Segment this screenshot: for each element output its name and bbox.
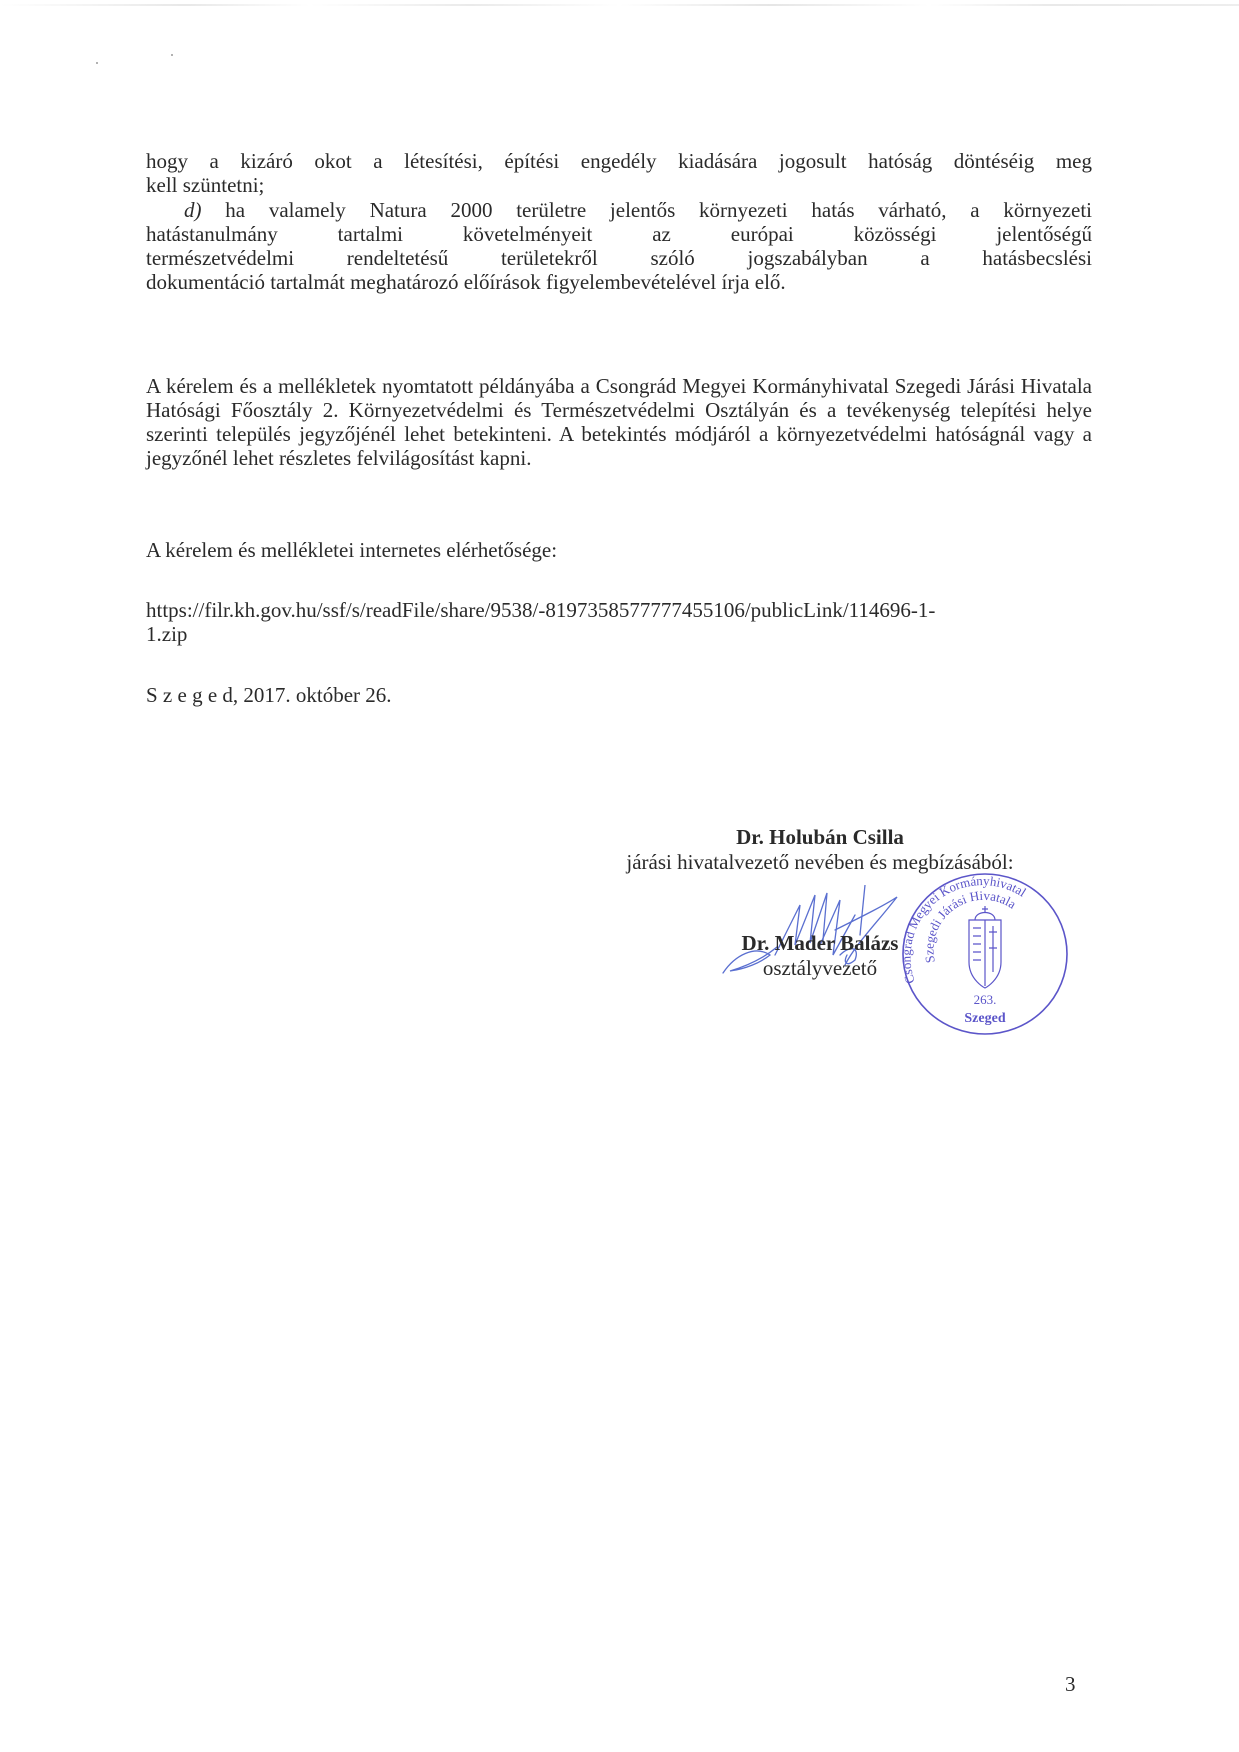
page-number: 3 bbox=[1065, 1672, 1076, 1697]
item-d: d) ha valamely Natura 2000 területre jel… bbox=[146, 198, 1092, 294]
item-label: d) bbox=[184, 198, 202, 222]
online-url[interactable]: https://filr.kh.gov.hu/ssf/s/readFile/sh… bbox=[146, 598, 1092, 646]
stamp-outer-text: Csongrád Megyei Kormányhivatal bbox=[898, 873, 1029, 986]
text-line: kell szüntetni; bbox=[146, 173, 1092, 197]
text-line: d) ha valamely Natura 2000 területre jel… bbox=[146, 198, 1092, 222]
text-line: hogy a kizáró okot a létesítési, építési… bbox=[146, 149, 1092, 173]
continued-paragraph: hogy a kizáró okot a létesítési, építési… bbox=[146, 149, 1092, 197]
text-line: dokumentáció tartalmát meghatározó előír… bbox=[146, 270, 1092, 294]
scan-edge bbox=[0, 4, 1239, 6]
coat-of-arms-icon bbox=[969, 906, 1001, 988]
text-line: hatástanulmány tartalmi követelményeit a… bbox=[146, 222, 1092, 246]
stamp-city: Szeged bbox=[964, 1011, 1005, 1026]
text-line: természetvédelmi rendeltetésű területekr… bbox=[146, 246, 1092, 270]
scan-speck bbox=[96, 62, 98, 64]
scan-speck bbox=[171, 54, 173, 56]
stamp-number: 263. bbox=[974, 992, 997, 1007]
inspection-paragraph: A kérelem és a mellékletek nyomtatott pé… bbox=[146, 374, 1092, 470]
online-availability-label: A kérelem és mellékletei internetes elér… bbox=[146, 538, 1092, 562]
official-stamp: Csongrád Megyei Kormányhivatal Szegedi J… bbox=[893, 862, 1073, 1037]
place-date: S z e g e d, 2017. október 26. bbox=[146, 683, 1092, 707]
official-name: Dr. Holubán Csilla bbox=[560, 825, 1080, 849]
